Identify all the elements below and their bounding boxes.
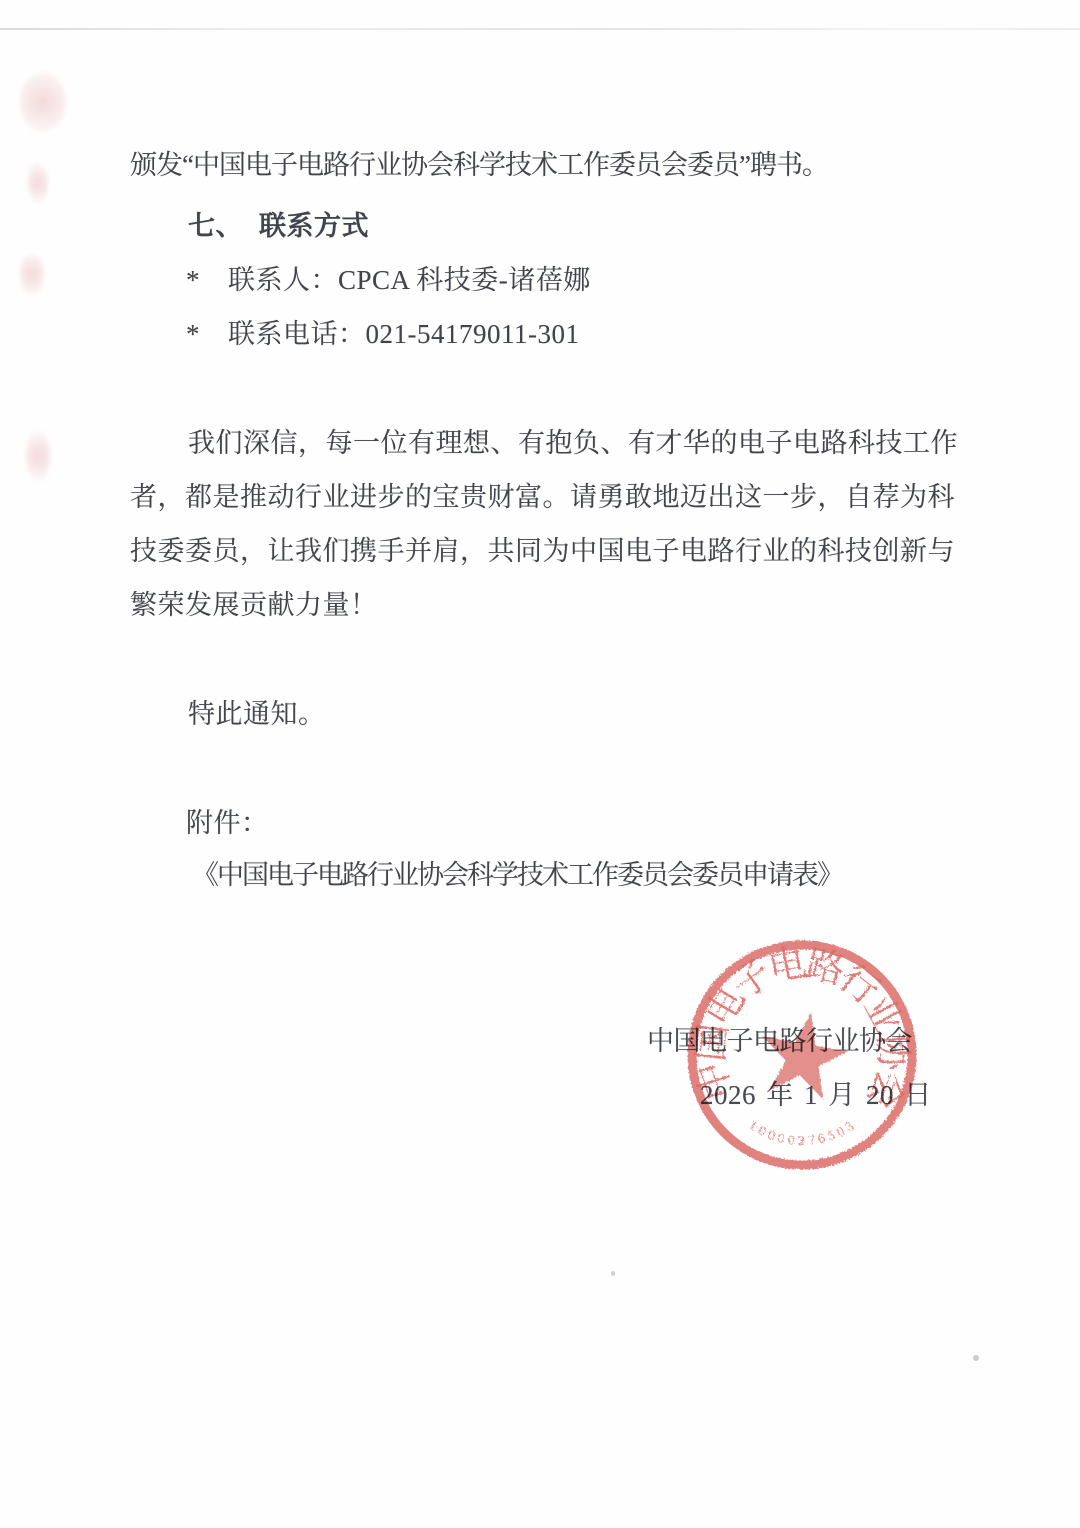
official-seal: 中国电子电路行业协会 10000276503 <box>682 934 922 1174</box>
contact-person-line: *联系人：CPCA 科技委-诸蓓娜 <box>186 267 591 294</box>
body-paragraph-line: 我们深信，每一位有理想、有抱负、有才华的电子电路科技工作 <box>188 430 958 457</box>
section-heading: 七、联系方式 <box>188 213 369 240</box>
scan-speck <box>973 1355 979 1361</box>
scan-edge-line <box>0 28 1080 30</box>
body-paragraph-line: 繁荣发展贡献力量！ <box>130 592 378 619</box>
seal-ring-text: 中国电子电路行业协会 <box>690 942 914 1113</box>
scan-speck <box>611 1271 615 1276</box>
svg-text:中国电子电路行业协会: 中国电子电路行业协会 <box>690 942 914 1113</box>
contact-person-value: CPCA 科技委-诸蓓娜 <box>338 267 591 294</box>
section-title: 联系方式 <box>259 211 369 241</box>
body-paragraph-line: 技委委员，让我们携手并肩，共同为中国电子电路行业的科技创新与 <box>130 538 955 565</box>
seal-serial-number: 10000276503 <box>746 1117 859 1148</box>
seal-star-icon <box>754 1005 855 1102</box>
ink-bleed-smudge <box>26 430 50 482</box>
closing-line: 特此通知。 <box>188 701 326 728</box>
ink-bleed-smudge <box>20 72 66 132</box>
scanned-notice-page: 颁发“中国电子电路行业协会科学技术工作委员会委员”聘书。 七、联系方式 *联系人… <box>0 0 1080 1528</box>
body-paragraph-line: 者，都是推动行业进步的宝贵财富。请勇敢地迈出这一步，自荐为科 <box>130 484 955 511</box>
attachment-title: 《中国电子电路行业协会科学技术工作委员会委员申请表》 <box>192 862 842 889</box>
attachment-label: 附件： <box>186 810 269 837</box>
ink-bleed-smudge <box>28 162 48 204</box>
contact-phone-line: *联系电话：021-54179011-301 <box>186 321 579 348</box>
bullet-asterisk: * <box>186 267 228 294</box>
svg-text:10000276503: 10000276503 <box>746 1117 859 1148</box>
ceremony-line: 颁发“中国电子电路行业协会科学技术工作委员会委员”聘书。 <box>130 152 828 179</box>
bullet-asterisk: * <box>186 321 228 348</box>
section-number: 七、 <box>188 211 243 241</box>
contact-person-label: 联系人： <box>228 267 338 294</box>
contact-phone-label: 联系电话： <box>228 321 366 348</box>
contact-phone-value: 021-54179011-301 <box>366 321 580 348</box>
ink-bleed-smudge <box>20 252 44 296</box>
